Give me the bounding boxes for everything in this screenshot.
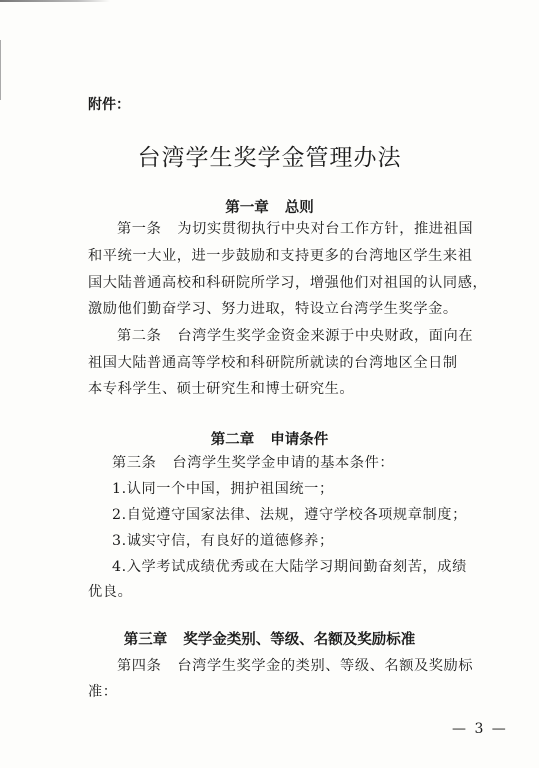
paragraph-line: 激励他们勤奋学习、努力进取，特设立台湾学生奖学金。: [88, 298, 458, 318]
paragraph-text: 为切实贯彻执行中央对台工作方针，推进祖国: [177, 221, 473, 237]
attachment-label: 附件：: [88, 94, 130, 114]
paragraph-line: 准：: [88, 681, 118, 701]
paragraph-text: 台湾学生奖学金资金来源于中央财政，面向在: [177, 328, 473, 344]
list-item: 3.诚实守信，有良好的道德修养；: [112, 530, 334, 550]
chapter-2-heading: 第二章申请条件: [0, 428, 539, 449]
article-2-line: 第二条台湾学生奖学金资金来源于中央财政，面向在: [117, 325, 473, 345]
list-item-continuation: 优良。: [88, 581, 132, 601]
list-item: 2.自觉遵守国家法律、法规，遵守学校各项规章制度；: [112, 504, 467, 524]
paragraph-line: 国大陆普通高校和科研院所学习，增强他们对祖国的认同感，: [88, 272, 487, 292]
article-3-line: 第三条台湾学生奖学金申请的基本条件：: [112, 452, 394, 472]
paragraph-line: 祖国大陆普通高等学校和科研院所就读的台湾地区全日制: [88, 352, 458, 372]
document-title: 台湾学生奖学金管理办法: [0, 139, 539, 172]
paragraph-line: 和平统一大业，进一步鼓励和支持更多的台湾地区学生来祖: [88, 245, 472, 265]
article-4-line: 第四条台湾学生奖学金的类别、等级、名额及奖励标: [117, 655, 473, 675]
paragraph-text: 台湾学生奖学金申请的基本条件：: [172, 455, 394, 471]
article-label: 第四条: [117, 658, 161, 674]
paragraph-text: 台湾学生奖学金的类别、等级、名额及奖励标: [177, 658, 473, 674]
chapter-3-heading: 第三章奖学金类别、等级、名额及奖励标准: [0, 628, 539, 649]
page-number: — 3 —: [452, 721, 508, 737]
scan-edge-top: [0, 0, 110, 2]
list-item: 1.认同一个中国，拥护祖国统一；: [112, 478, 334, 498]
list-item: 4.入学考试成绩优秀或在大陆学习期间勤奋刻苦，成绩: [112, 556, 467, 576]
scan-edge-left: [0, 40, 1, 100]
chapter-number: 第三章: [124, 632, 168, 648]
article-label: 第二条: [117, 328, 161, 344]
chapter-title: 奖学金类别、等级、名额及奖励标准: [183, 632, 415, 648]
chapter-1-heading: 第一章总则: [0, 196, 539, 217]
chapter-number: 第一章: [225, 200, 269, 216]
article-label: 第三条: [112, 455, 156, 471]
chapter-title: 申请条件: [270, 432, 328, 448]
chapter-number: 第二章: [211, 432, 255, 448]
article-label: 第一条: [117, 221, 161, 237]
paragraph-line: 本专科学生、硕士研究生和博士研究生。: [88, 378, 354, 398]
article-1-line: 第一条为切实贯彻执行中央对台工作方针，推进祖国: [117, 218, 473, 238]
chapter-title: 总则: [285, 200, 314, 216]
